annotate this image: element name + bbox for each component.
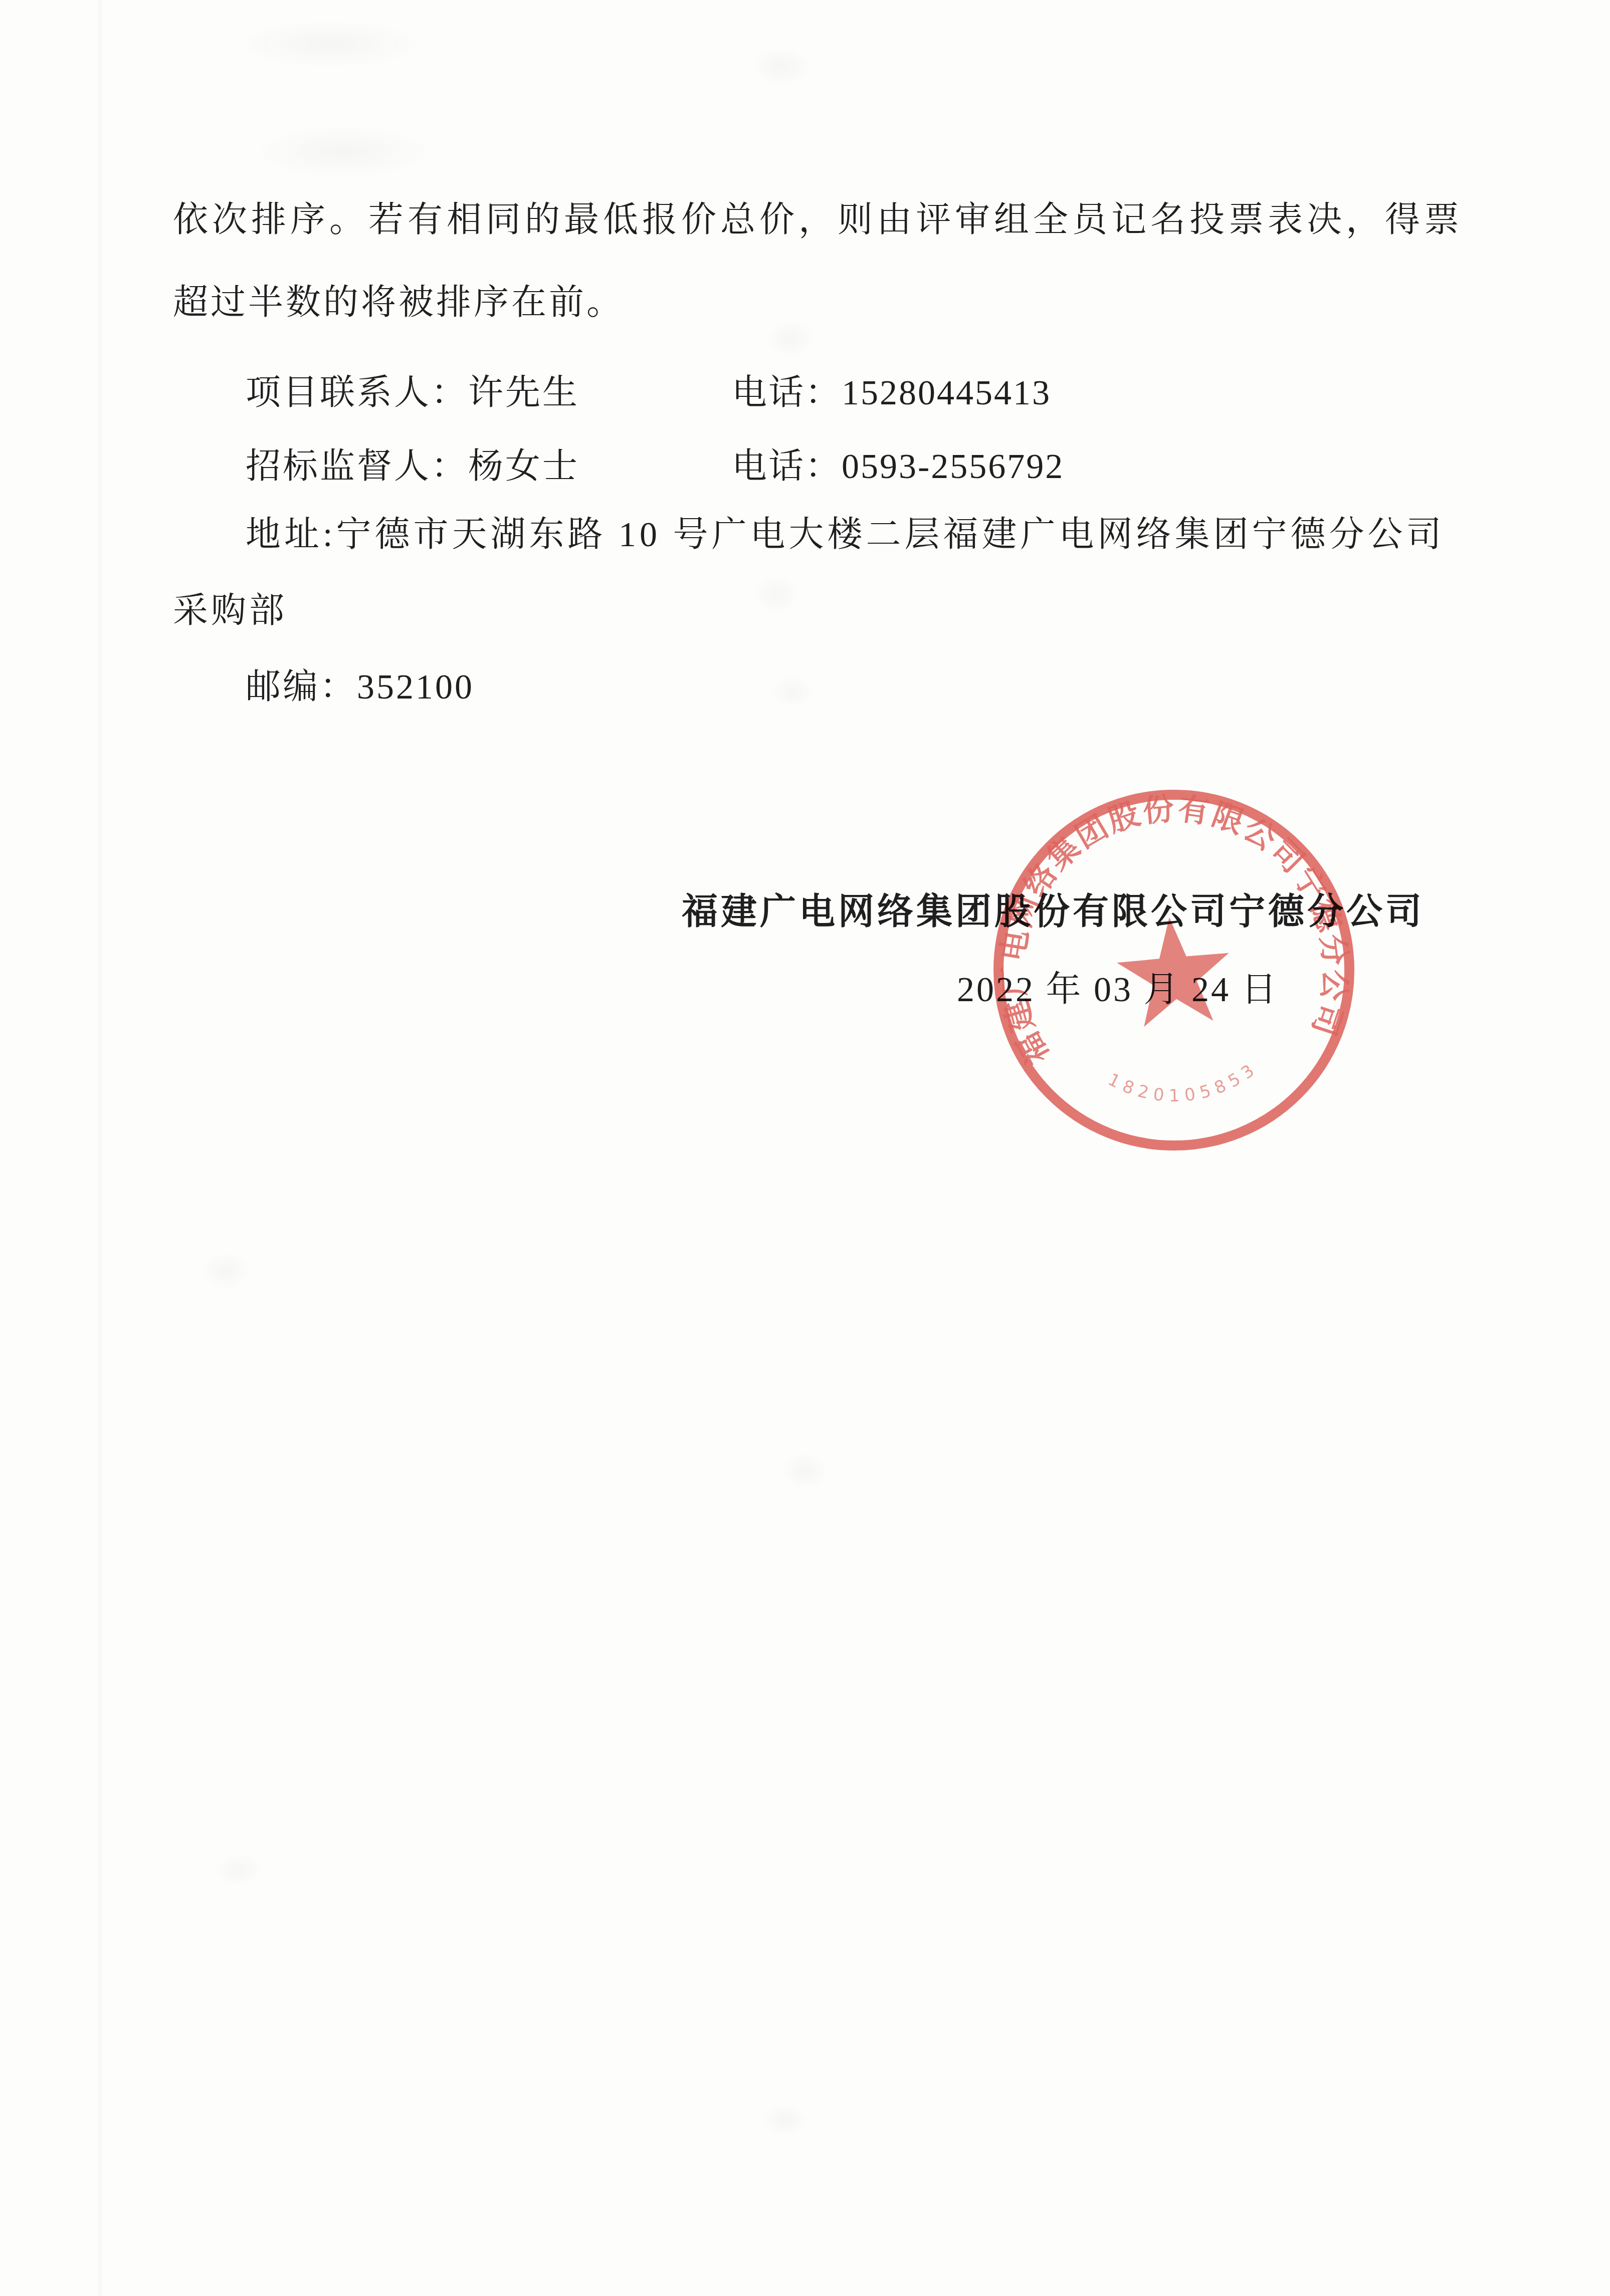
phone-number: 0593-2556792 — [842, 447, 1064, 486]
seal-serial-number: 1820105853 — [1103, 1056, 1265, 1112]
paragraph-line-1: 依次排序。若有相同的最低报价总价，则由评审组全员记名投票表决，得票 — [173, 200, 1463, 241]
bleed-through-artifact — [216, 1854, 262, 1885]
project-contact-row: 项目联系人：许先生 电话：15280445413 — [0, 364, 1610, 409]
bleed-through-artifact — [236, 20, 426, 68]
project-contact: 项目联系人：许先生 — [246, 364, 579, 415]
supervisor-contact-row: 招标监督人：杨女士 电话：0593-2556792 — [0, 438, 1610, 483]
document-page: 依次排序。若有相同的最低报价总价，则由评审组全员记名投票表决，得票 超过半数的将… — [0, 0, 1610, 2296]
phone-label: 电话： — [732, 374, 842, 412]
bleed-through-artifact — [762, 2105, 808, 2136]
official-seal: 福建广电网络集团股份有限公司宁德分公司 1820105853 — [983, 780, 1364, 1161]
project-contact-phone: 电话：15280445413 — [732, 364, 1051, 415]
address-label: 地址: — [246, 516, 336, 554]
supervisor-contact: 招标监督人：杨女士 — [246, 438, 579, 489]
address-line: 地址:宁德市天湖东路 10 号广电大楼二层福建广电网络集团宁德分公司 — [246, 515, 1445, 556]
address-value: 宁德市天湖东路 10 号广电大楼二层福建广电网络集团宁德分公司 — [336, 516, 1445, 554]
supervisor-contact-label: 招标监督人： — [246, 447, 468, 486]
bleed-through-artifact — [200, 1253, 251, 1289]
project-contact-name: 许先生 — [468, 374, 579, 412]
phone-label: 电话： — [732, 447, 842, 486]
bleed-through-artifact — [754, 576, 799, 612]
postal-code-line: 邮编：352100 — [246, 667, 474, 708]
bleed-through-artifact — [767, 321, 815, 356]
phone-number: 15280445413 — [842, 374, 1051, 412]
supervisor-contact-phone: 电话：0593-2556792 — [732, 438, 1064, 489]
paragraph-line-2: 超过半数的将被排序在前。 — [173, 283, 624, 324]
postal-label: 邮编： — [246, 668, 357, 707]
bleed-through-artifact — [752, 48, 812, 85]
bleed-through-artifact — [772, 676, 813, 707]
seal-star-icon — [1113, 912, 1235, 1029]
supervisor-contact-name: 杨女士 — [468, 447, 579, 486]
bleed-through-artifact — [782, 1453, 828, 1488]
scan-streak — [98, 0, 102, 2296]
project-contact-label: 项目联系人： — [246, 374, 468, 412]
address-overflow-line: 采购部 — [173, 591, 287, 632]
bleed-through-artifact — [251, 125, 436, 178]
postal-value: 352100 — [357, 668, 474, 707]
